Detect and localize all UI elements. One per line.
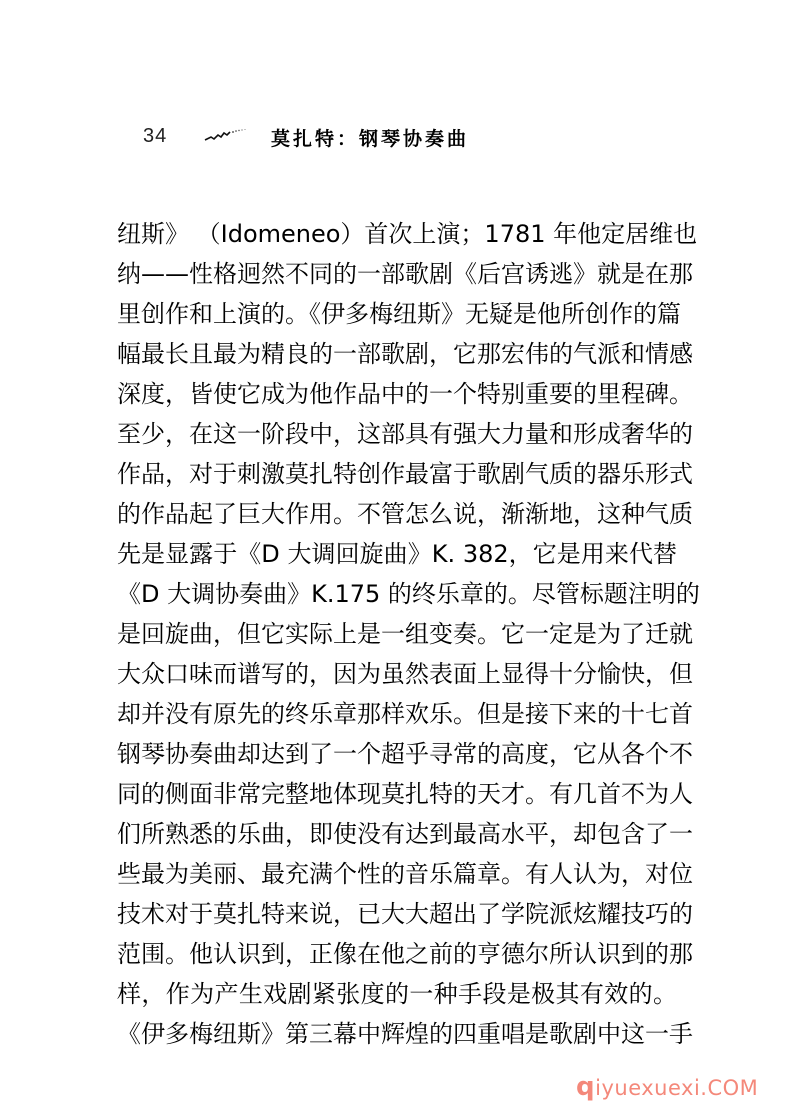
text-line: 些最为美丽、最充满个性的音乐篇章。有人认为，对位 [117, 854, 677, 894]
text-line: 纽斯》 （Idomeneo）首次上演；1781 年他定居维也 [117, 214, 677, 254]
text-line: 先是显露于《D 大调回旋曲》K. 382，它是用来代替 [117, 534, 677, 574]
text-line: 技术对于莫扎特来说，已大大超出了学院派炫耀技巧的 [117, 894, 677, 934]
text-line: 《伊多梅纽斯》第三幕中辉煌的四重唱是歌剧中这一手 [117, 1014, 677, 1054]
text-line: 至少，在这一阶段中，这部具有强大力量和形成奢华的 [117, 414, 677, 454]
site-watermark: qiyuexuexi.COM [576, 1072, 758, 1102]
text-line: 作品，对于刺激莫扎特创作最富于歌剧气质的器乐形式 [117, 454, 677, 494]
decorative-flourish-icon [203, 127, 247, 143]
text-line: 里创作和上演的。《伊多梅纽斯》无疑是他所创作的篇 [117, 294, 677, 334]
text-line: 们所熟悉的乐曲，即使没有达到最高水平，却包含了一 [117, 814, 677, 854]
text-line: 大众口味而谱写的，因为虽然表面上显得十分愉快，但 [117, 654, 677, 694]
text-line: 同的侧面非常完整地体现莫扎特的天才。有几首不为人 [117, 774, 677, 814]
page-number: 34 [143, 125, 167, 148]
watermark-logo-letter: q [576, 1072, 595, 1102]
text-line: 是回旋曲，但它实际上是一组变奏。它一定是为了迁就 [117, 614, 677, 654]
text-line: 钢琴协奏曲却达到了一个超乎寻常的高度，它从各个不 [117, 734, 677, 774]
text-line: 却并没有原先的终乐章那样欢乐。但是接下来的十七首 [117, 694, 677, 734]
text-line: 幅最长且最为精良的一部歌剧，它那宏伟的气派和情感 [117, 334, 677, 374]
body-paragraph: 纽斯》 （Idomeneo）首次上演；1781 年他定居维也 纳——性格迥然不同… [117, 214, 677, 1054]
watermark-text: iyuexuexi.COM [595, 1076, 758, 1100]
page-header: 34 莫扎特：钢琴协奏曲 [143, 123, 543, 153]
text-line: 样，作为产生戏剧紧张度的一种手段是极其有效的。 [117, 974, 677, 1014]
text-line: 深度，皆使它成为他作品中的一个特别重要的里程碑。 [117, 374, 677, 414]
text-line: 范围。他认识到，正像在他之前的亨德尔所认识到的那 [117, 934, 677, 974]
text-line: 纳——性格迥然不同的一部歌剧《后宫诱逃》就是在那 [117, 254, 677, 294]
text-line: 《D 大调协奏曲》K.175 的终乐章的。尽管标题注明的 [117, 574, 677, 614]
text-line: 的作品起了巨大作用。不管怎么说，渐渐地，这种气质 [117, 494, 677, 534]
running-title: 莫扎特：钢琴协奏曲 [271, 124, 469, 151]
